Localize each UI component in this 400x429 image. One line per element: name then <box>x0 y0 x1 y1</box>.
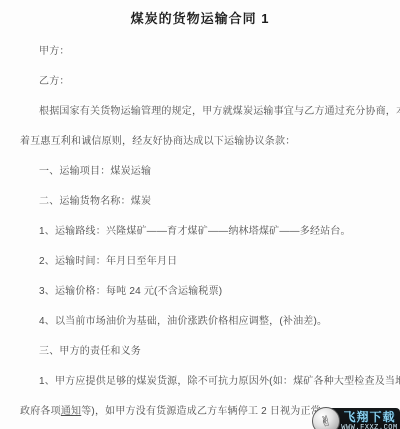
clause-transport-time: 2、运输时间：年月日至年月日 <box>20 247 394 277</box>
watermark-text-block: 飞翔下载 WWW.FXXZ.COM <box>341 411 397 429</box>
contract-body: 甲方： 乙方： 根据国家有关货物运输管理的规定，甲方就煤炭运输事宜与乙方通过充分… <box>20 37 394 427</box>
clause-transport-price: 3、运输价格：每吨 24 元(不含运输税票) <box>20 277 394 307</box>
party-b-line: 乙方： <box>20 67 394 97</box>
clause-coal-supply-line-1: 1、甲方应提供足够的煤炭货源，除不可抗力原因外(如：煤矿各种大型检查及当地 <box>20 367 394 397</box>
preamble-line-1: 根据国家有关货物运输管理的规定，甲方就煤炭运输事宜与乙方通过充分协商，本 <box>20 97 394 127</box>
section-party-a-duties: 三、甲方的责任和义务 <box>20 337 394 367</box>
fxxz-site-watermark: ✌︎ 飞翔下载 WWW.FXXZ.COM <box>327 408 400 429</box>
victory-hand-icon: ✌︎ <box>319 413 333 429</box>
contract-document-page: 煤炭的货物运输合同 1 甲方： 乙方： 根据国家有关货物运输管理的规定，甲方就煤… <box>0 8 400 429</box>
watermark-site-name: 飞翔下载 <box>341 411 397 424</box>
section-transport-project: 一、运输项目：煤炭运输 <box>20 157 394 187</box>
party-a-line: 甲方： <box>20 37 394 67</box>
clause-coal-supply-line-2-pre: 政府各项 <box>20 406 61 417</box>
hand-logo-icon: ✌︎ <box>312 407 340 429</box>
clause-oil-price-adjust: 4、以当前市场油价为基础，油价涨跌价格相应调整，(补油差)。 <box>20 307 394 337</box>
watermark-site-url: WWW.FXXZ.COM <box>341 424 397 429</box>
page-title: 煤炭的货物运输合同 1 <box>0 8 400 30</box>
clause-transport-route: 1、运输路线：兴隆煤矿——育才煤矿——纳林塔煤矿——多经站台。 <box>20 217 394 247</box>
notice-keyword-link[interactable]: 通知 <box>61 406 81 417</box>
clause-coal-supply-line-2-post: 等)，如甲方没有货源造成乙方车辆停工 2 日视为正常， <box>81 406 331 417</box>
section-cargo-name: 二、运输货物名称：煤炭 <box>20 187 394 217</box>
preamble-line-2: 着互惠互利和诚信原则，经友好协商达成以下运输协议条款： <box>20 127 394 157</box>
